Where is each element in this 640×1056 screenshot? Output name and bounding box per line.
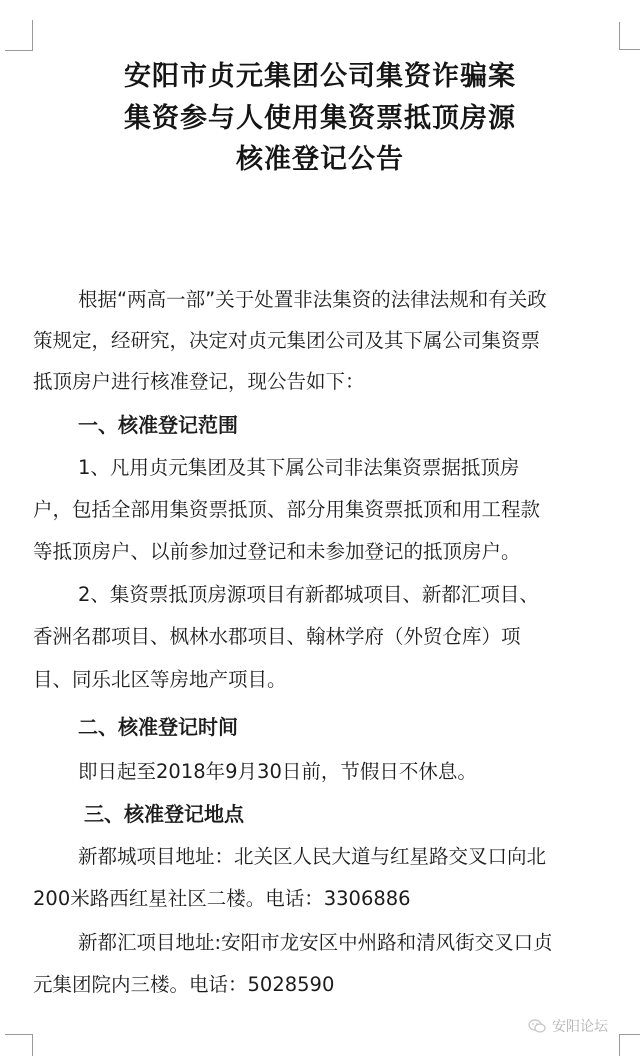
title-line-1: 安阳市贞元集团公司集资诈骗案 xyxy=(0,60,640,94)
paragraph-line: 1、凡用贞元集团及其下属公司非法集资票据抵顶房 xyxy=(78,455,519,481)
title-line-2: 集资参与人使用集资票抵顶房源 xyxy=(0,102,640,136)
title-line-3: 核准登记公告 xyxy=(0,143,640,177)
wechat-icon xyxy=(528,1019,546,1033)
paragraph-line: 户，包括全部用集资票抵顶、部分用集资票抵顶和用工程款 xyxy=(33,497,540,523)
paragraph-line: 新都汇项目地址:安阳市龙安区中州路和清风街交叉口贞 xyxy=(78,930,553,956)
intro-line: 策规定，经研究，决定对贞元集团公司及其下属公司集资票 xyxy=(33,328,540,354)
section-heading-time: 二、核准登记时间 xyxy=(78,714,238,740)
paragraph-line: 等抵顶房户、以前参加过登记和未参加登记的抵顶房户。 xyxy=(33,539,521,565)
watermark: 安阳论坛 xyxy=(528,1016,608,1036)
section-heading-location: 三、核准登记地点 xyxy=(84,801,244,827)
page-corner-mark-bottom-left xyxy=(5,1034,33,1056)
intro-line: 抵顶房户进行核准登记，现公告如下： xyxy=(33,369,365,395)
paragraph-line: 元集团院内三楼。电话：5028590 xyxy=(33,972,334,998)
paragraph-line: 新都城项目地址：北关区人民大道与红星路交叉口向北 xyxy=(78,844,546,870)
paragraph-line: 香洲名郡项目、枫林水郡项目、翰林学府（外贸仓库）项 xyxy=(33,624,521,650)
paragraph-line: 200米路西红星社区二楼。电话：3306886 xyxy=(33,886,411,912)
page-corner-mark-top-right xyxy=(619,22,640,50)
paragraph-line: 目、同乐北区等房地产项目。 xyxy=(33,667,287,693)
paragraph-line: 2、集资票抵顶房源项目有新都城项目、新都汇项目、 xyxy=(78,582,539,608)
intro-line: 根据“两高一部”关于处置非法集资的法律法规和有关政 xyxy=(78,287,547,313)
page-corner-mark-top-left xyxy=(5,20,33,51)
paragraph-line: 即日起至2018年9月30日前，节假日不休息。 xyxy=(78,759,477,785)
section-heading-scope: 一、核准登记范围 xyxy=(78,412,238,438)
watermark-text: 安阳论坛 xyxy=(552,1016,608,1036)
page-corner-mark-bottom-right xyxy=(619,1034,640,1056)
